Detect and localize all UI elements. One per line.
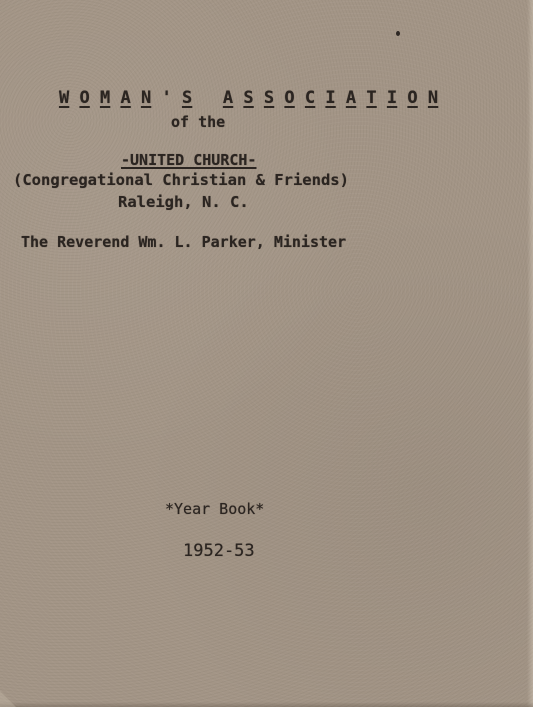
association-title: W O M A N ' S A S S O C I A T I O N [18,68,438,108]
title-letter: M [100,88,110,108]
title-letter: S [264,88,274,108]
of-the-text: of the [171,113,225,131]
title-letter: ' [161,88,171,108]
paper-edge-bottom [0,702,533,707]
title-letter: I [387,88,397,108]
title-letter: O [407,88,417,108]
title-letter: S [182,88,192,108]
title-letter: N [141,88,151,108]
yearbook-label: *Year Book* [165,500,264,518]
title-letter: W [59,88,69,108]
paper-corner-fold [0,691,16,707]
minister-line: The Reverend Wm. L. Parker, Minister [21,233,346,251]
title-letter: O [79,88,89,108]
ink-speck [396,31,400,36]
title-letter: A [223,88,233,108]
title-letter: S [243,88,253,108]
title-letter: T [366,88,376,108]
denomination-text: (Congregational Christian & Friends) [13,171,349,189]
title-letter: O [284,88,294,108]
title-letter: A [346,88,356,108]
title-letter: N [428,88,438,108]
title-letter: C [305,88,315,108]
title-letter: I [325,88,335,108]
church-name: -UNITED CHURCH- [121,151,256,169]
location-text: Raleigh, N. C. [118,193,249,211]
yearbook-cover-page: W O M A N ' S A S S O C I A T I O N of t… [0,0,533,707]
paper-edge-right [527,0,533,707]
title-letter: A [120,88,130,108]
year-range: 1952-53 [183,541,255,561]
